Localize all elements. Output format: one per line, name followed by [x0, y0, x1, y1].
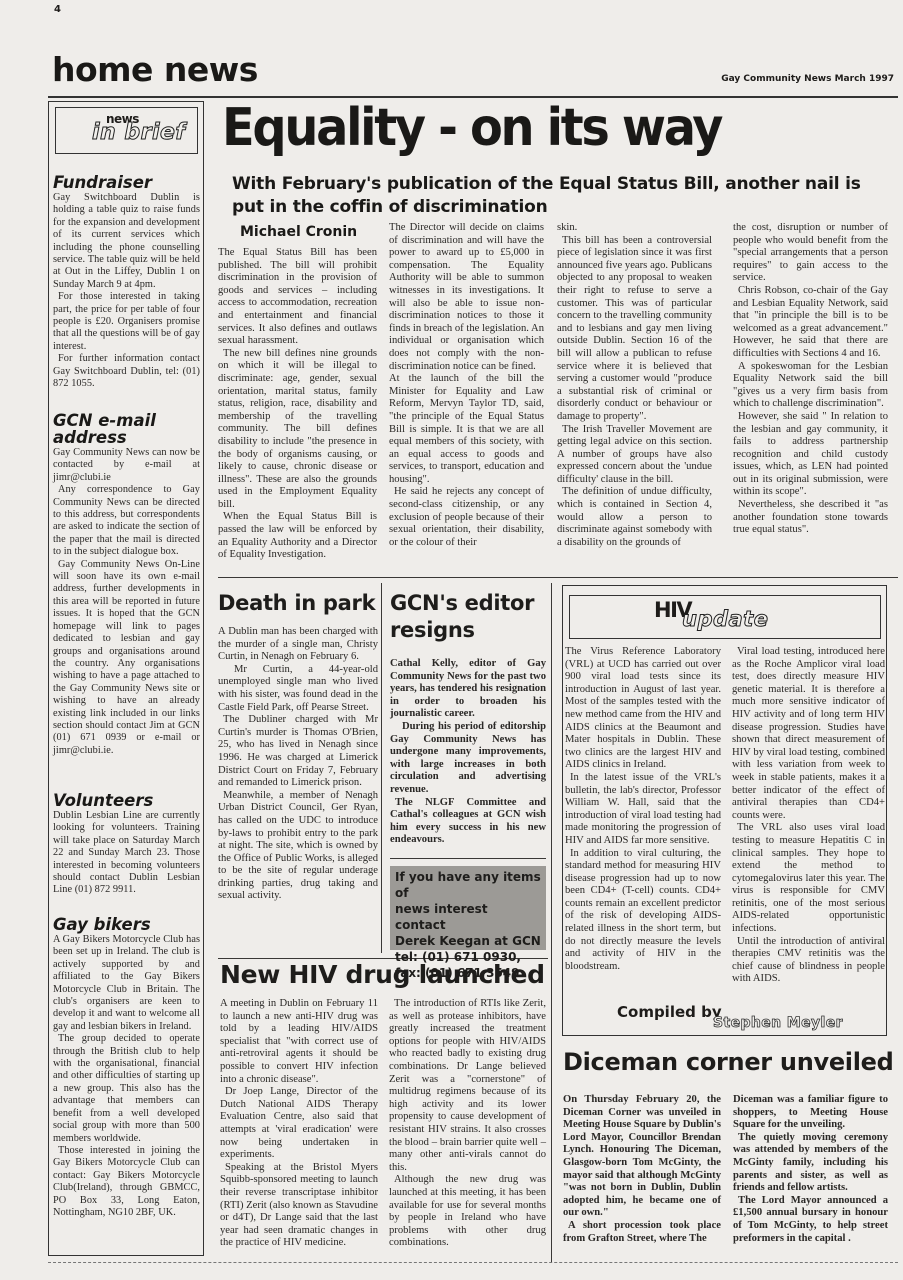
paragraph: Cathal Kelly, editor of Gay Community Ne… — [390, 658, 546, 721]
page-bottom-rule — [48, 1262, 898, 1263]
paragraph: Diceman was a familiar figure to shopper… — [733, 1094, 888, 1132]
section-divider — [218, 577, 898, 578]
paragraph: During his period of editorship Gay Comm… — [390, 721, 546, 797]
paragraph: The NLGF Committee and Cathal's colleagu… — [390, 797, 546, 847]
paragraph: The VRL also uses viral load testing to … — [732, 822, 885, 935]
story-headline-line-1: GCN's editor — [390, 590, 546, 617]
paragraph: Speaking at the Bristol Myers Squibb-spo… — [220, 1162, 378, 1250]
contact-line: news interest contact — [395, 901, 541, 933]
hiv-update-column-2: Viral load testing, introduced here as t… — [732, 646, 885, 986]
hiv-update-column-1: The Virus Reference Laboratory (VRL) at … — [565, 646, 721, 973]
new-hiv-drug-column-1: A meeting in Dublin on February 11 to la… — [220, 998, 378, 1250]
paragraph: Until the introduction of antiviral ther… — [732, 936, 885, 986]
paragraph: Meanwhile, a member of Nenagh Urban Dist… — [218, 790, 378, 903]
paragraph: In the latest issue of the VRL's bulleti… — [565, 772, 721, 848]
brief-item-email: GCN e-mail address Gay Community News ca… — [53, 412, 200, 757]
paragraph: Chris Robson, co-chair of the Gay and Le… — [733, 285, 888, 361]
paragraph: The group decided to operate through the… — [53, 1033, 200, 1145]
paragraph: In addition to viral culturing, the stan… — [565, 848, 721, 974]
death-in-park-story: Death in park A Dublin man has been char… — [218, 590, 378, 903]
paragraph: A meeting in Dublin on February 11 to la… — [220, 998, 378, 1086]
brief-heading: Fundraiser — [53, 174, 200, 191]
compiled-by-label: Compiled by — [617, 1003, 722, 1021]
paragraph: When the Equal Status Bill is passed the… — [218, 511, 377, 561]
column-divider — [381, 583, 382, 953]
paragraph: Nevertheless, she described it "as anoth… — [733, 499, 888, 537]
page-number: 4 — [54, 4, 61, 15]
brief-heading: Gay bikers — [53, 916, 200, 933]
lead-column-3: skin. This bill has been a controversial… — [557, 222, 712, 549]
paragraph: The Equal Status Bill has been published… — [218, 247, 377, 348]
paragraph: Although the new drug was launched at th… — [389, 1174, 546, 1250]
paragraph: The quietly moving ceremony was attended… — [733, 1132, 888, 1195]
brief-heading: Volunteers — [53, 792, 200, 809]
paragraph: However, she said " In relation to the l… — [733, 411, 888, 499]
paragraph: Any correspondence to Gay Community News… — [53, 484, 200, 558]
hiv-update-logo: HIV update — [569, 595, 881, 639]
paragraph: skin. — [557, 222, 712, 235]
news-contact-box: If you have any items of news interest c… — [390, 866, 546, 950]
paragraph: Gay Community News can now be contacted … — [53, 447, 200, 484]
brief-item-fundraiser: Fundraiser Gay Switchboard Dublin is hol… — [53, 174, 200, 391]
paragraph: The Director will decide on claims of di… — [389, 222, 544, 373]
paragraph: A Dublin man has been charged with the m… — [218, 626, 378, 664]
paragraph: The introduction of RTIs like Zerit, as … — [389, 998, 546, 1174]
paragraph: On Thursday February 20, the Diceman Cor… — [563, 1094, 721, 1220]
paragraph: This bill has been a controversial piece… — [557, 235, 712, 424]
paragraph: Dr Joep Lange, Director of the Dutch Nat… — [220, 1086, 378, 1162]
story-headline: Death in park — [218, 590, 378, 616]
column-divider — [551, 583, 552, 1263]
lead-column-2: The Director will decide on claims of di… — [389, 222, 544, 549]
paragraph: For those interested in taking part, the… — [53, 291, 200, 353]
paragraph: The Dubliner charged with Mr Curtin's mu… — [218, 714, 378, 790]
compiler-name: Stephen Meyler — [713, 1015, 843, 1031]
paragraph: The Virus Reference Laboratory (VRL) at … — [565, 646, 721, 772]
paragraph: Gay Community News On-Line will soon hav… — [53, 559, 200, 758]
brief-item-volunteers: Volunteers Dublin Lesbian Line are curre… — [53, 792, 200, 897]
lead-byline: Michael Cronin — [240, 224, 357, 240]
diceman-headline: Diceman corner unveiled — [563, 1047, 894, 1077]
paragraph: Gay Switchboard Dublin is holding a tabl… — [53, 192, 200, 291]
logo-update-text: update — [682, 607, 768, 631]
story-headline-line-2: resigns — [390, 617, 546, 644]
paragraph: A Gay Bikers Motorcycle Club has been se… — [53, 934, 200, 1033]
paragraph: Viral load testing, introduced here as t… — [732, 646, 885, 822]
paragraph: For further information contact Gay Swit… — [53, 353, 200, 390]
lead-column-1: The Equal Status Bill has been published… — [218, 247, 377, 562]
new-hiv-drug-headline: New HIV drug launched — [220, 960, 545, 990]
diceman-column-2: Diceman was a familiar figure to shopper… — [733, 1094, 888, 1245]
paragraph: The Irish Traveller Movement are getting… — [557, 424, 712, 487]
contact-line: Derek Keegan at GCN — [395, 933, 541, 949]
paragraph: He said he rejects any concept of second… — [389, 486, 544, 549]
paragraph: The definition of undue difficulty, whic… — [557, 486, 712, 549]
editor-resigns-story: GCN's editor resigns Cathal Kelly, edito… — [390, 590, 546, 847]
lead-column-4: the cost, disruption or number of people… — [733, 222, 888, 537]
diceman-column-1: On Thursday February 20, the Diceman Cor… — [563, 1094, 721, 1245]
brief-item-gay-bikers: Gay bikers A Gay Bikers Motorcycle Club … — [53, 916, 200, 1219]
paragraph: A spokeswoman for the Lesbian Equality N… — [733, 361, 888, 411]
paragraph: A short procession took place from Graft… — [563, 1220, 721, 1245]
paragraph: Mr Curtin, a 44-year-old unemployed sing… — [218, 664, 378, 714]
paragraph: At the launch of the bill the Minister f… — [389, 373, 544, 486]
paragraph: The Lord Mayor announced a £1,500 annual… — [733, 1195, 888, 1245]
issue-info: Gay Community News March 1997 — [721, 74, 894, 84]
paragraph: the cost, disruption or number of people… — [733, 222, 888, 285]
section-title: home news — [52, 50, 258, 89]
section-divider — [390, 858, 546, 859]
new-hiv-drug-column-2: The introduction of RTIs like Zerit, as … — [389, 998, 546, 1250]
newspaper-page: 4 home news Gay Community News March 199… — [0, 0, 903, 1280]
paragraph: Dublin Lesbian Line are currently lookin… — [53, 810, 200, 897]
contact-line: If you have any items of — [395, 869, 541, 901]
logo-inbrief-text: in brief — [92, 120, 186, 145]
paragraph: Those interested in joining the Gay Bike… — [53, 1145, 200, 1219]
news-in-brief-logo: news in brief — [55, 107, 198, 154]
lead-headline: Equality - on its way — [222, 98, 721, 158]
paragraph: The new bill defines nine grounds on whi… — [218, 348, 377, 512]
lead-standfirst: With February's publication of the Equal… — [232, 173, 872, 219]
brief-heading: GCN e-mail address — [53, 412, 200, 446]
